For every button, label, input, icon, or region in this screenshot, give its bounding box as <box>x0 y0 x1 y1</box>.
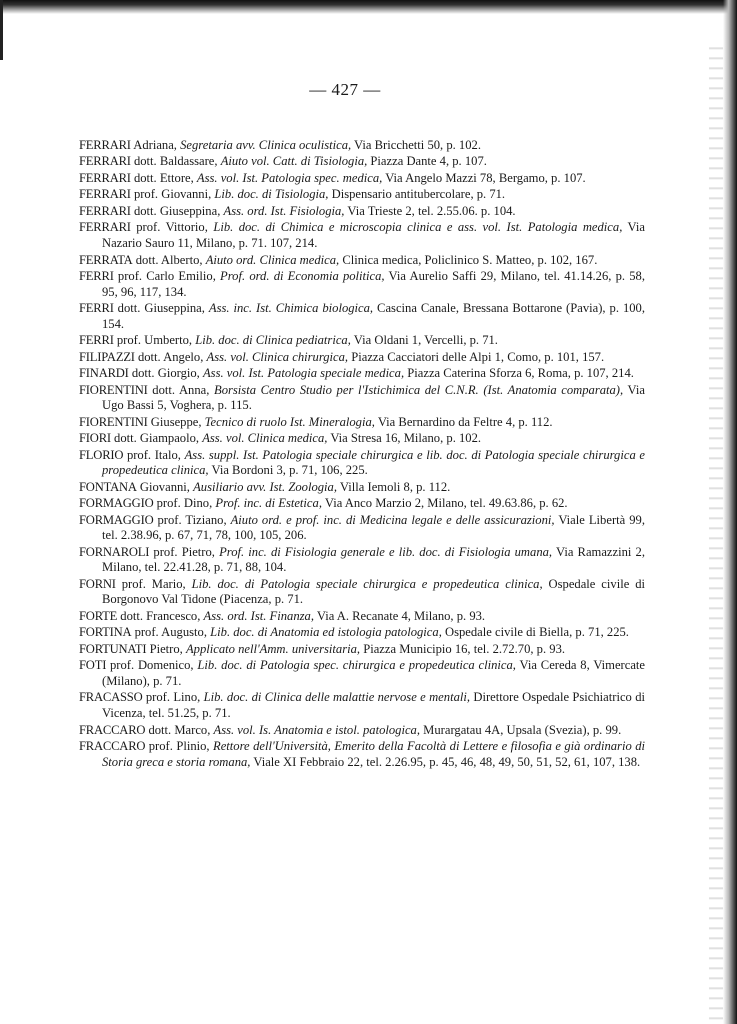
entry-surname: FLORIO <box>79 448 123 462</box>
entry-surname: FRACCARO <box>79 739 145 753</box>
entry-name: prof. Domenico, <box>106 658 197 672</box>
entry-role: Applicato nell'Amm. universitaria, <box>186 642 360 656</box>
directory-entry: FORMAGGIO prof. Dino, Prof. inc. di Este… <box>79 496 645 512</box>
directory-entry: FOTI prof. Domenico, Lib. doc. di Patolo… <box>79 658 645 689</box>
entry-surname: FOTI <box>79 658 106 672</box>
entry-name: prof. Italo, <box>123 448 184 462</box>
directory-entry: FIORENTINI Giuseppe, Tecnico di ruolo Is… <box>79 415 645 431</box>
entry-address-pages: Clinica medica, Policlinico S. Matteo, p… <box>339 253 597 267</box>
entry-role: Ass. ord. Ist. Finanza, <box>204 609 314 623</box>
entry-surname: FIORENTINI <box>79 383 148 397</box>
entry-name: prof. Mario, <box>116 577 192 591</box>
directory-entry: FILIPAZZI dott. Angelo, Ass. vol. Clinic… <box>79 350 645 366</box>
entry-address-pages: Via Anco Marzio 2, Milano, tel. 49.63.86… <box>322 496 568 510</box>
directory-entry: FORTE dott. Francesco, Ass. ord. Ist. Fi… <box>79 609 645 625</box>
entry-role: Ass. vol. Is. Anatomia e istol. patologi… <box>214 723 421 737</box>
entry-surname: FORMAGGIO <box>79 513 153 527</box>
entry-name: Pietro, <box>146 642 186 656</box>
entry-role: Prof. ord. di Economia politica, <box>220 269 385 283</box>
entry-role: Ass. vol. Clinica chirurgica, <box>207 350 349 364</box>
scan-specks-right <box>709 40 723 1020</box>
entry-name: Giovanni, <box>137 480 193 494</box>
entry-name: prof. Lino, <box>143 690 204 704</box>
entry-name: dott. Giuseppina, <box>114 301 209 315</box>
entry-name: dott. Ettore, <box>131 171 197 185</box>
entry-name: dott. Anna, <box>148 383 214 397</box>
entry-name: dott. Giorgio, <box>129 366 203 380</box>
entry-surname: FORTUNATI <box>79 642 146 656</box>
directory-entry: FRACCARO prof. Plinio, Rettore dell'Univ… <box>79 739 645 770</box>
directory-entry: FLORIO prof. Italo, Ass. suppl. Ist. Pat… <box>79 448 645 479</box>
directory-entry: FERRARI dott. Ettore, Ass. vol. Ist. Pat… <box>79 171 645 187</box>
directory-entry: FRACCARO dott. Marco, Ass. vol. Is. Anat… <box>79 723 645 739</box>
directory-entry: FERRARI prof. Giovanni, Lib. doc. di Tis… <box>79 187 645 203</box>
directory-entry: FONTANA Giovanni, Ausiliario avv. Ist. Z… <box>79 480 645 496</box>
entry-role: Lib. doc. di Clinica pediatrica, <box>195 333 351 347</box>
directory-entry: FIORENTINI dott. Anna, Borsista Centro S… <box>79 383 645 414</box>
directory-entry: FERRARI prof. Vittorio, Lib. doc. di Chi… <box>79 220 645 251</box>
entry-address-pages: Via A. Recanate 4, Milano, p. 93. <box>314 609 485 623</box>
entry-surname: FERRARI <box>79 171 131 185</box>
entry-address-pages: Via Angelo Mazzi 78, Bergamo, p. 107. <box>382 171 585 185</box>
entry-role: Ass. inc. Ist. Chimica biologica, <box>209 301 373 315</box>
entry-role: Ass. vol. Ist. Patologia spec. medica, <box>197 171 382 185</box>
entry-role: Lib. doc. di Patologia speciale chirurgi… <box>192 577 543 591</box>
entry-surname: FORTE <box>79 609 117 623</box>
entry-role: Borsista Centro Studio per l'Istichimica… <box>214 383 623 397</box>
entry-name: prof. Dino, <box>153 496 215 510</box>
entry-address-pages: Via Bordoni 3, p. 71, 106, 225. <box>209 463 368 477</box>
directory-entry: FERRI dott. Giuseppina, Ass. inc. Ist. C… <box>79 301 645 332</box>
directory-entries: FERRARI Adriana, Segretaria avv. Clinica… <box>79 138 645 771</box>
entry-name: dott. Francesco, <box>117 609 203 623</box>
entry-role: Lib. doc. di Anatomia ed istologia patol… <box>210 625 442 639</box>
entry-role: Prof. inc. di Estetica, <box>215 496 322 510</box>
entry-address-pages: Ospedale civile di Biella, p. 71, 225. <box>442 625 629 639</box>
entry-surname: FINARDI <box>79 366 129 380</box>
entry-role: Prof. inc. di Fisiologia generale e lib.… <box>219 545 552 559</box>
entry-address-pages: Dispensario antitubercolare, p. 71. <box>328 187 505 201</box>
entry-surname: FIORI <box>79 431 111 445</box>
entry-name: prof. Augusto, <box>131 625 210 639</box>
entry-role: Ausiliario avv. Ist. Zoologia, <box>193 480 337 494</box>
entry-surname: FRACCARO <box>79 723 145 737</box>
directory-entry: FORNI prof. Mario, Lib. doc. di Patologi… <box>79 577 645 608</box>
entry-surname: FONTANA <box>79 480 137 494</box>
directory-entry: FERRI prof. Carlo Emilio, Prof. ord. di … <box>79 269 645 300</box>
entry-address-pages: Piazza Cacciatori delle Alpi 1, Como, p.… <box>348 350 604 364</box>
entry-surname: FERRARI <box>79 220 131 234</box>
directory-entry: FORTINA prof. Augusto, Lib. doc. di Anat… <box>79 625 645 641</box>
entry-address-pages: Piazza Caterina Sforza 6, Roma, p. 107, … <box>404 366 634 380</box>
directory-entry: FERRARI dott. Baldassare, Aiuto vol. Cat… <box>79 154 645 170</box>
entry-address-pages: Via Stresa 16, Milano, p. 102. <box>327 431 481 445</box>
directory-entry: FRACASSO prof. Lino, Lib. doc. di Clinic… <box>79 690 645 721</box>
entry-address-pages: Piazza Dante 4, p. 107. <box>367 154 487 168</box>
entry-name: dott. Baldassare, <box>131 154 221 168</box>
entry-role: Ass. vol. Clinica medica, <box>202 431 327 445</box>
entry-name: dott. Giuseppina, <box>131 204 224 218</box>
scan-edge-right <box>723 0 737 1024</box>
entry-name: prof. Carlo Emilio, <box>114 269 220 283</box>
entry-name: prof. Tiziano, <box>153 513 230 527</box>
entry-role: Ass. ord. Ist. Fisiologia, <box>224 204 345 218</box>
entry-role: Tecnico di ruolo Ist. Mineralogia, <box>205 415 375 429</box>
entry-address-pages: Viale XI Febbraio 22, tel. 2.26.95, p. 4… <box>250 755 640 769</box>
entry-role: Segretaria avv. Clinica oculistica, <box>180 138 351 152</box>
entry-name: prof. Umberto, <box>114 333 196 347</box>
scan-edge-top <box>0 0 737 14</box>
entry-role: Aiuto ord. e prof. inc. di Medicina lega… <box>231 513 555 527</box>
entry-surname: FERRI <box>79 301 114 315</box>
entry-name: prof. Vittorio, <box>131 220 214 234</box>
entry-name: Adriana, <box>131 138 180 152</box>
entry-role: Lib. doc. di Chimica e microscopia clini… <box>213 220 622 234</box>
entry-role: Aiuto vol. Catt. di Tisiologia, <box>221 154 368 168</box>
entry-address-pages: Via Oldani 1, Vercelli, p. 71. <box>351 333 498 347</box>
directory-entry: FORNAROLI prof. Pietro, Prof. inc. di Fi… <box>79 545 645 576</box>
entry-name: prof. Pietro, <box>149 545 219 559</box>
entry-role: Aiuto ord. Clinica medica, <box>206 253 340 267</box>
entry-name: dott. Marco, <box>145 723 213 737</box>
directory-entry: FERRATA dott. Alberto, Aiuto ord. Clinic… <box>79 253 645 269</box>
entry-role: Ass. vol. Ist. Patologia speciale medica… <box>203 366 404 380</box>
entry-surname: FIORENTINI <box>79 415 148 429</box>
entry-name: prof. Giovanni, <box>131 187 215 201</box>
entry-surname: FERRARI <box>79 154 131 168</box>
scan-edge-left <box>0 0 3 60</box>
directory-entry: FERRI prof. Umberto, Lib. doc. di Clinic… <box>79 333 645 349</box>
entry-surname: FORMAGGIO <box>79 496 153 510</box>
entry-address-pages: Via Trieste 2, tel. 2.55.06. p. 104. <box>344 204 515 218</box>
entry-surname: FORNI <box>79 577 116 591</box>
entry-name: Giuseppe, <box>148 415 205 429</box>
entry-surname: FERRI <box>79 333 114 347</box>
entry-address-pages: Via Bricchetti 50, p. 102. <box>351 138 481 152</box>
entry-address-pages: Murargatau 4A, Upsala (Svezia), p. 99. <box>420 723 621 737</box>
directory-entry: FORMAGGIO prof. Tiziano, Aiuto ord. e pr… <box>79 513 645 544</box>
entry-name: prof. Plinio, <box>145 739 213 753</box>
entry-surname: FERRATA <box>79 253 133 267</box>
entry-role: Lib. doc. di Patologia spec. chirurgica … <box>197 658 516 672</box>
entry-address-pages: Villa Iemoli 8, p. 112. <box>337 480 450 494</box>
entry-surname: FORNAROLI <box>79 545 149 559</box>
entry-role: Lib. doc. di Clinica delle malattie nerv… <box>204 690 470 704</box>
directory-entry: FERRARI Adriana, Segretaria avv. Clinica… <box>79 138 645 154</box>
directory-entry: FORTUNATI Pietro, Applicato nell'Amm. un… <box>79 642 645 658</box>
entry-surname: FERRI <box>79 269 114 283</box>
entry-surname: FILIPAZZI <box>79 350 135 364</box>
entry-name: dott. Alberto, <box>133 253 206 267</box>
entry-name: dott. Angelo, <box>135 350 207 364</box>
page-number: — 427 — <box>0 80 690 100</box>
entry-surname: FORTINA <box>79 625 131 639</box>
directory-entry: FERRARI dott. Giuseppina, Ass. ord. Ist.… <box>79 204 645 220</box>
directory-entry: FINARDI dott. Giorgio, Ass. vol. Ist. Pa… <box>79 366 645 382</box>
entry-address-pages: Piazza Municipio 16, tel. 2.72.70, p. 93… <box>360 642 565 656</box>
entry-surname: FRACASSO <box>79 690 143 704</box>
entry-surname: FERRARI <box>79 204 131 218</box>
directory-entry: FIORI dott. Giampaolo, Ass. vol. Clinica… <box>79 431 645 447</box>
entry-role: Lib. doc. di Tisiologia, <box>214 187 328 201</box>
entry-surname: FERRARI <box>79 138 131 152</box>
entry-name: dott. Giampaolo, <box>111 431 202 445</box>
entry-address-pages: Via Bernardino da Feltre 4, p. 112. <box>375 415 553 429</box>
entry-surname: FERRARI <box>79 187 131 201</box>
